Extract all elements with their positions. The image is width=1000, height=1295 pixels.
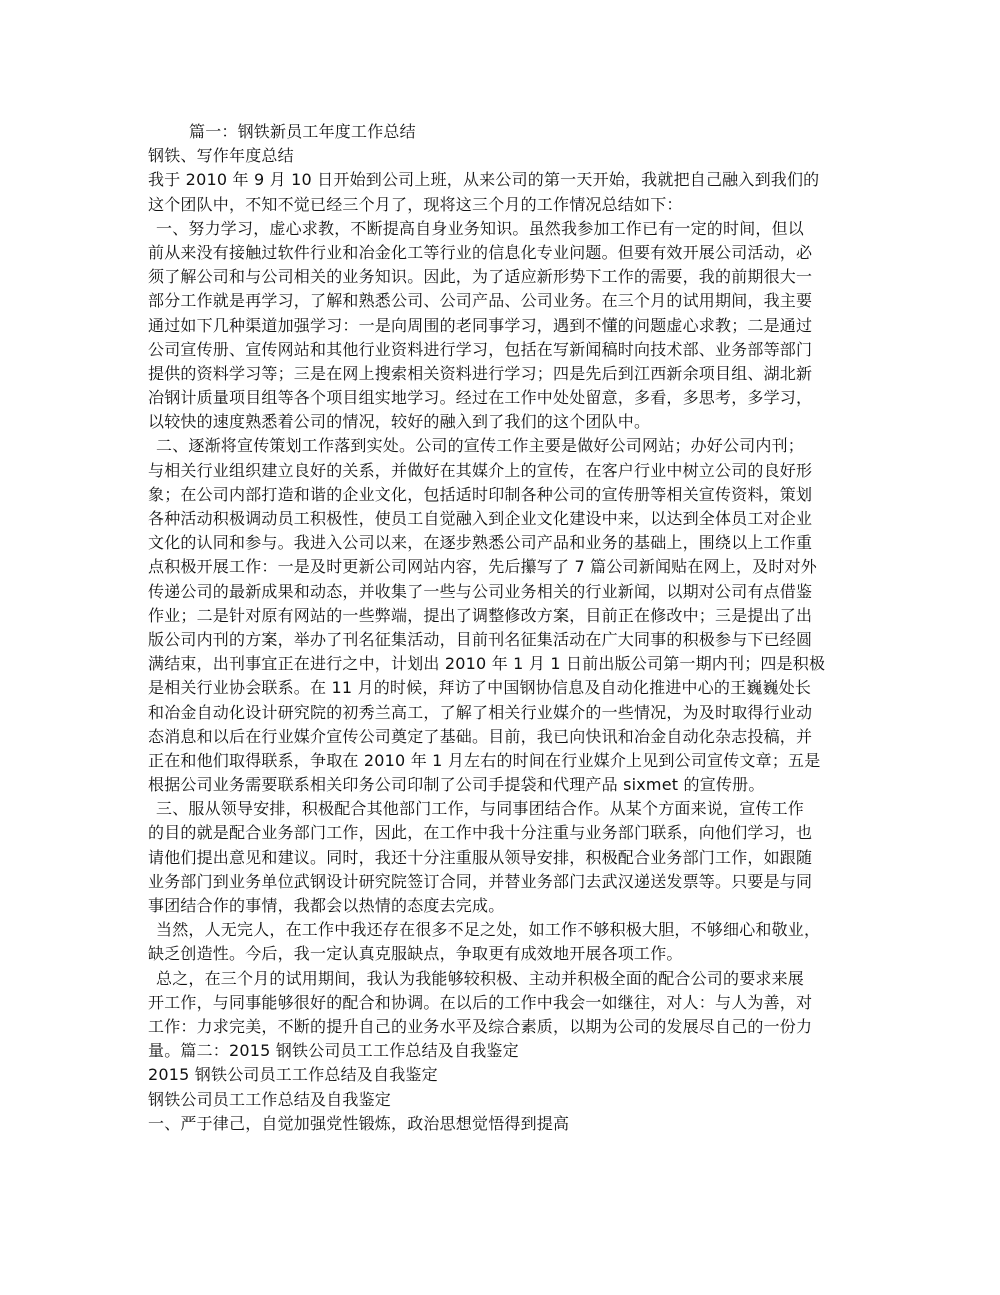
text-line: 2015 钢铁公司员工工作总结及自我鉴定 [148, 1063, 868, 1087]
text-line: 开工作，与同事能够很好的配合和协调。在以后的工作中我会一如继往，对人：与人为善，… [148, 991, 868, 1015]
text-line: 根据公司业务需要联系相关印务公司印制了公司手提袋和代理产品 sixmet 的宣传… [148, 773, 868, 797]
text-line: 文化的认同和参与。我进入公司以来，在逐步熟悉公司产品和业务的基础上，围绕以上工作… [148, 531, 868, 555]
text-line: 钢铁公司员工工作总结及自我鉴定 [148, 1088, 868, 1112]
text-line: 总之，在三个月的试用期间，我认为我能够较积极、主动并积极全面的配合公司的要求来展 [148, 967, 868, 991]
text-line: 版公司内刊的方案，举办了刊名征集活动，目前刊名征集活动在广大同事的积极参与下已经… [148, 628, 868, 652]
document-title: 篇一：钢铁新员工年度工作总结 [148, 120, 868, 144]
text-line: 一、严于律己，自觉加强党性锻炼，政治思想觉悟得到提高 [148, 1112, 868, 1136]
text-line: 前从来没有接触过软件行业和冶金化工等行业的信息化专业问题。但要有效开展公司活动，… [148, 241, 868, 265]
text-line: 当然，人无完人，在工作中我还存在很多不足之处，如工作不够积极大胆，不够细心和敬业… [148, 918, 868, 942]
text-line: 点积极开展工作：一是及时更新公司网站内容，先后攥写了 7 篇公司新闻贴在网上，及… [148, 555, 868, 579]
text-line: 一、努力学习，虚心求教，不断提高自身业务知识。虽然我参加工作已有一定的时间，但以 [148, 217, 868, 241]
text-line: 钢铁、写作年度总结 [148, 144, 868, 168]
text-line: 作业；二是针对原有网站的一些弊端，提出了调整修改方案，目前正在修改中；三是提出了… [148, 604, 868, 628]
text-line: 公司宣传册、宣传网站和其他行业资料进行学习，包括在写新闻稿时向技术部、业务部等部… [148, 338, 868, 362]
text-line: 工作：力求完美，不断的提升自己的业务水平及综合素质，以期为公司的发展尽自己的一份… [148, 1015, 868, 1039]
text-line: 我于 2010 年 9 月 10 日开始到公司上班，从来公司的第一天开始，我就把… [148, 168, 868, 192]
text-line: 各种活动积极调动员工积极性，使员工自觉融入到企业文化建设中来，以达到全体员工对企… [148, 507, 868, 531]
text-line: 和冶金自动化设计研究院的初秀兰高工，了解了相关行业媒介的一些情况，为及时取得行业… [148, 701, 868, 725]
text-line: 传递公司的最新成果和动态，并收集了一些与公司业务相关的行业新闻，以期对公司有点借… [148, 580, 868, 604]
document-page: 篇一：钢铁新员工年度工作总结钢铁、写作年度总结我于 2010 年 9 月 10 … [148, 120, 868, 1136]
text-line: 是相关行业协会联系。在 11 月的时候，拜访了中国钢协信息及自动化推进中心的王巍… [148, 676, 868, 700]
text-line: 三、服从领导安排，积极配合其他部门工作，与同事团结合作。从某个方面来说，宣传工作 [148, 797, 868, 821]
text-line: 请他们提出意见和建议。同时，我还十分注重服从领导安排，积极配合业务部门工作，如跟… [148, 846, 868, 870]
text-line: 须了解公司和与公司相关的业务知识。因此，为了适应新形势下工作的需要，我的前期很大… [148, 265, 868, 289]
text-line: 通过如下几种渠道加强学习：一是向周围的老同事学习，遇到不懂的问题虚心求教；二是通… [148, 314, 868, 338]
text-line: 量。篇二：2015 钢铁公司员工工作总结及自我鉴定 [148, 1039, 868, 1063]
text-line: 与相关行业组织建立良好的关系，并做好在其媒介上的宣传，在客户行业中树立公司的良好… [148, 459, 868, 483]
text-line: 的目的就是配合业务部门工作，因此，在工作中我十分注重与业务部门联系，向他们学习，… [148, 821, 868, 845]
text-line: 这个团队中，不知不觉已经三个月了，现将这三个月的工作情况总结如下： [148, 193, 868, 217]
text-line: 态消息和以后在行业媒介宣传公司奠定了基础。目前，我已向快讯和冶金自动化杂志投稿，… [148, 725, 868, 749]
text-line: 提供的资料学习等；三是在网上搜索相关资料进行学习；四是先后到江西新余项目组、湖北… [148, 362, 868, 386]
text-line: 满结束，出刊事宜正在进行之中，计划出 2010 年 1 月 1 日前出版公司第一… [148, 652, 868, 676]
text-line: 象；在公司内部打造和谐的企业文化，包括适时印制各种公司的宣传册等相关宣传资料，策… [148, 483, 868, 507]
text-line: 缺乏创造性。今后，我一定认真克服缺点，争取更有成效地开展各项工作。 [148, 942, 868, 966]
text-line: 事团结合作的事情，我都会以热情的态度去完成。 [148, 894, 868, 918]
text-line: 冶钢计质量项目组等各个项目组实地学习。经过在工作中处处留意，多看，多思考，多学习… [148, 386, 868, 410]
text-line: 以较快的速度熟悉着公司的情况，较好的融入到了我们的这个团队中。 [148, 410, 868, 434]
text-line: 部分工作就是再学习，了解和熟悉公司、公司产品、公司业务。在三个月的试用期间，我主… [148, 289, 868, 313]
text-line: 二、逐渐将宣传策划工作落到实处。公司的宣传工作主要是做好公司网站；办好公司内刊； [148, 434, 868, 458]
text-line: 正在和他们取得联系，争取在 2010 年 1 月左右的时间在行业媒介上见到公司宣… [148, 749, 868, 773]
text-line: 业务部门到业务单位武钢设计研究院签订合同，并替业务部门去武汉递送发票等。只要是与… [148, 870, 868, 894]
